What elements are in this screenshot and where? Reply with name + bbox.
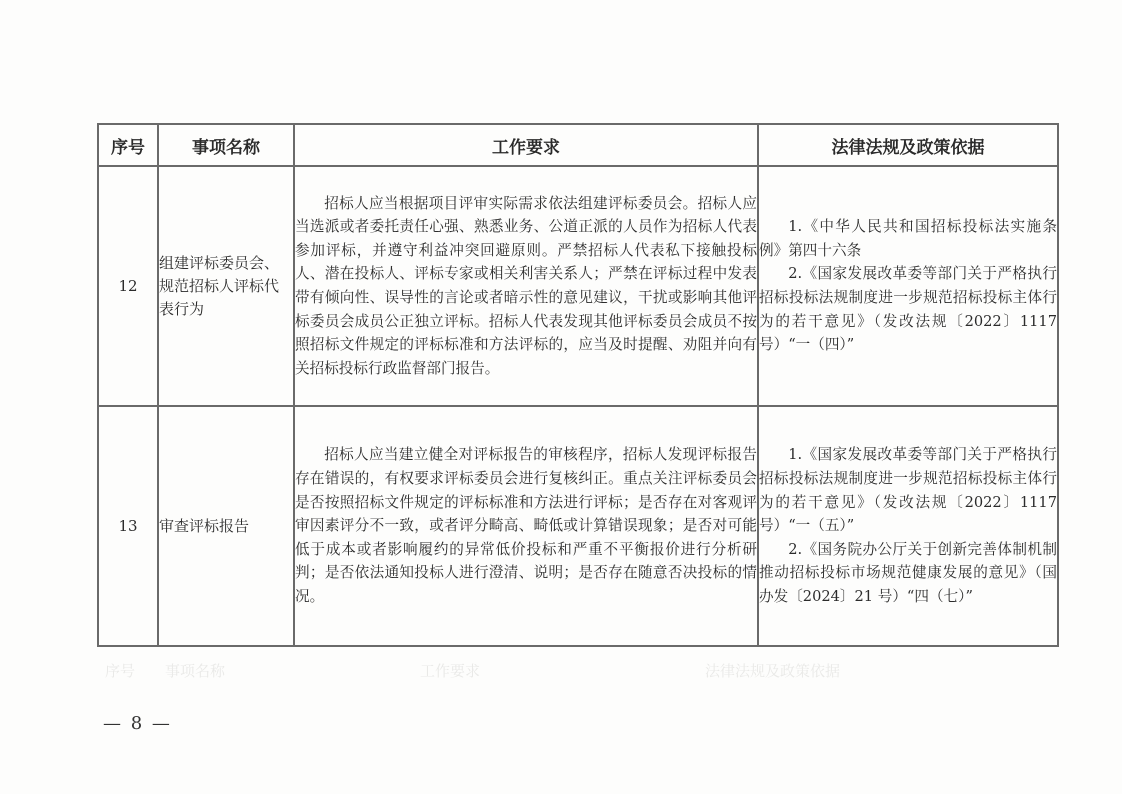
table-row: 13 审查评标报告 招标人应当建立健全对评标报告的审核程序，招标人发现评标报告存… bbox=[98, 406, 1058, 646]
basis-item: 2.《国务院办公厅关于创新完善体制机制推动招标投标市场规范健康发展的意见》（国办… bbox=[759, 538, 1057, 609]
basis-item: 1.《国家发展改革委等部门关于严格执行招标投标法规制度进一步规范招标投标主体行为… bbox=[759, 443, 1057, 537]
header-number: 序号 bbox=[98, 124, 158, 166]
row-requirement: 招标人应当根据项目评审实际需求依法组建评标委员会。招标人应当选派或者委托责任心强… bbox=[294, 166, 758, 406]
requirement-text: 招标人应当建立健全对评标报告的审核程序，招标人发现评标报告存在错误的，有权要求评… bbox=[295, 443, 757, 608]
row-number: 12 bbox=[98, 166, 158, 406]
header-item-name: 事项名称 bbox=[158, 124, 294, 166]
row-requirement: 招标人应当建立健全对评标报告的审核程序，招标人发现评标报告存在错误的，有权要求评… bbox=[294, 406, 758, 646]
table-row: 12 组建评标委员会、规范招标人评标代表行为 招标人应当根据项目评审实际需求依法… bbox=[98, 166, 1058, 406]
row-number: 13 bbox=[98, 406, 158, 646]
row-legal-basis: 1.《国家发展改革委等部门关于严格执行招标投标法规制度进一步规范招标投标主体行为… bbox=[758, 406, 1058, 646]
header-legal-basis: 法律法规及政策依据 bbox=[758, 124, 1058, 166]
bleed-through-text: 序号 事项名称 工作要求 法律法规及政策依据 bbox=[105, 660, 840, 681]
row-item-name: 组建评标委员会、规范招标人评标代表行为 bbox=[158, 166, 294, 406]
regulation-table: 序号 事项名称 工作要求 法律法规及政策依据 12 组建评标委员会、规范招标人评… bbox=[97, 123, 1059, 647]
header-requirement: 工作要求 bbox=[294, 124, 758, 166]
row-legal-basis: 1.《中华人民共和国招标投标法实施条例》第四十六条 2.《国家发展改革委等部门关… bbox=[758, 166, 1058, 406]
basis-item: 1.《中华人民共和国招标投标法实施条例》第四十六条 bbox=[759, 215, 1057, 262]
page-number: — 8 — bbox=[103, 713, 172, 734]
table-header-row: 序号 事项名称 工作要求 法律法规及政策依据 bbox=[98, 124, 1058, 166]
requirement-text: 招标人应当根据项目评审实际需求依法组建评标委员会。招标人应当选派或者委托责任心强… bbox=[295, 192, 757, 381]
row-item-name: 审查评标报告 bbox=[158, 406, 294, 646]
basis-item: 2.《国家发展改革委等部门关于严格执行招标投标法规制度进一步规范招标投标主体行为… bbox=[759, 262, 1057, 356]
